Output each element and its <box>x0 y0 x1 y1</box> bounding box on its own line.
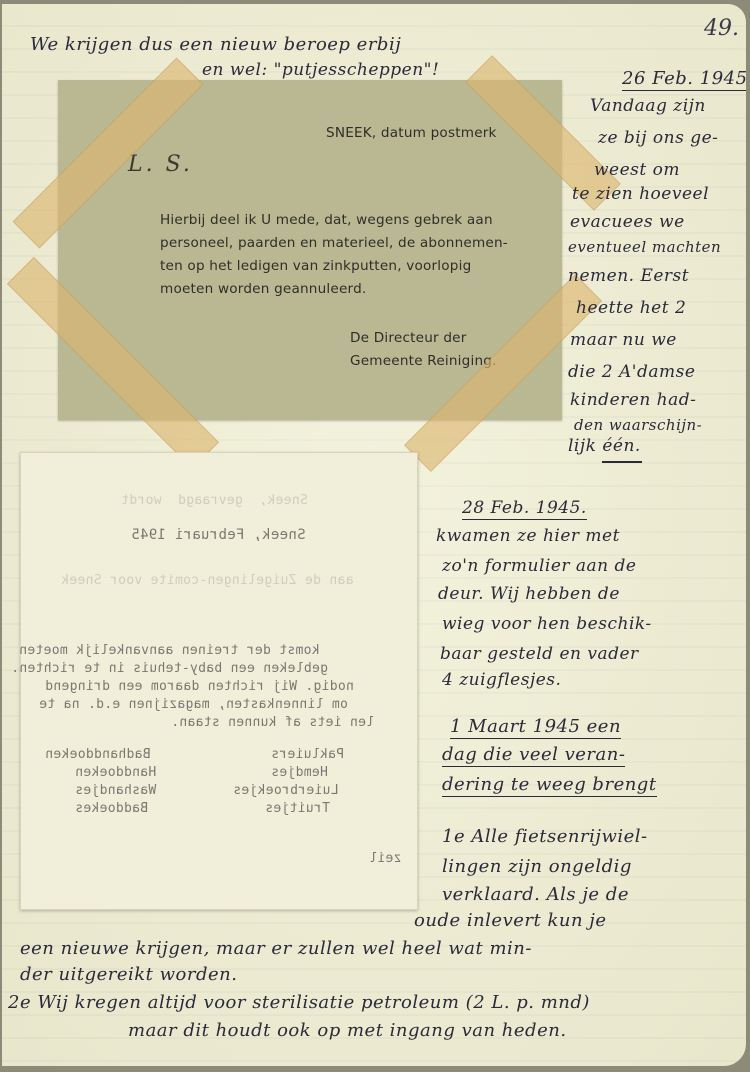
mirrored-footer: zeil <box>369 851 402 866</box>
entry-feb26-line: te zien hoeveel <box>572 184 709 204</box>
mirrored-item-right: Luierbroekjes <box>233 783 339 798</box>
mirrored-item-left: Washandjes <box>75 783 156 798</box>
entry-mar1-point1-line: lingen zijn ongeldig <box>442 856 632 877</box>
notice-place-date: SNEEK, datum postmerk <box>326 125 497 141</box>
mirrored-ghost-line: Sneek, gevraagd wordt <box>121 493 308 508</box>
entry-mar1-continuation-line: een nieuwe krijgen, maar er zullen wel h… <box>20 938 532 959</box>
notice-salutation: L. S. <box>128 152 193 177</box>
entry-mar1-point1-line: verklaard. Als je de <box>442 884 629 905</box>
entry-feb26-line: den waarschijn- <box>574 416 702 434</box>
notice-body-line: Hierbij deel ik U mede, dat, wegens gebr… <box>160 212 493 228</box>
entry-mar1-heading-line: dag die veel veran- <box>442 744 625 767</box>
mirrored-item-right: Pakluiers <box>271 747 344 762</box>
mirrored-item-right: Truitjes <box>265 801 330 816</box>
notice-signature-line: De Directeur der <box>350 330 467 346</box>
entry-feb26-date-text: 26 Feb. 1945. <box>622 68 746 91</box>
entry-mar1-point1-line: 1e Alle fietsenrijwiel- <box>442 826 648 847</box>
entry-feb28-line: deur. Wij hebben de <box>438 584 620 604</box>
entry-feb28-date: 28 Feb. 1945. <box>462 498 587 518</box>
entry-feb26-date: 26 Feb. 1945. <box>622 68 746 89</box>
notice-body-line: moeten worden geannuleerd. <box>160 281 366 297</box>
entry-feb26-line: weest om <box>594 160 680 180</box>
entry-feb26-line: Vandaag zijn <box>590 96 706 116</box>
page-number: 49. <box>704 16 739 41</box>
entry-feb26-line: ze bij ons ge- <box>598 128 718 148</box>
header-note-line-2: en wel: "putjesscheppen"! <box>202 60 439 80</box>
notice-body-line: ten op het ledigen van zinkputten, voorl… <box>160 258 471 274</box>
entry-mar1-heading: 1 Maart 1945 een <box>450 716 621 737</box>
entry-feb26-line: nemen. Eerst <box>568 266 689 286</box>
entry-mar1-heading-line: 1 Maart 1945 een <box>450 716 621 739</box>
entry-feb26-line: heette het 2 <box>576 298 686 318</box>
mirrored-date-line: Sneek, Februari 1945 <box>131 527 306 543</box>
mirrored-body-line: gebleken een baby-tehuis in te richten. <box>11 661 328 676</box>
entry-feb28-line: wieg voor hen beschik- <box>442 614 652 634</box>
mirrored-body-line: len iets af kunnen staan. <box>171 715 374 730</box>
mirrored-item-left: Badhanddoeken <box>45 747 151 762</box>
mirrored-item-right: Hemdjes <box>271 765 328 780</box>
entry-mar1-point2-line: 2e Wij kregen altijd voor sterilisatie p… <box>8 992 590 1013</box>
mirrored-body-line: nodig. Wij richten daarom een dringend <box>45 679 354 694</box>
entry-mar1-point1-line: oude inlevert kun je <box>414 910 607 931</box>
notice-signature-line: Gemeente Reiniging. <box>350 353 497 369</box>
entry-mar1-point2-line: maar dit houdt ook op met ingang van hed… <box>128 1020 567 1041</box>
entry-feb28-line: kwamen ze hier met <box>436 526 620 546</box>
mirrored-item-left: Baddoekes <box>75 801 148 816</box>
entry-mar1-heading: dering te weeg brengt <box>442 774 657 795</box>
notice-body-line: personeel, paarden en materieel, de abon… <box>160 235 508 251</box>
mirrored-item-left: Handdoeken <box>75 765 156 780</box>
entry-feb26-line: kinderen had- <box>570 390 696 410</box>
entry-feb28-line: zo'n formulier aan de <box>442 556 636 576</box>
entry-mar1-continuation-line: der uitgereikt worden. <box>20 964 237 985</box>
mirrored-body-line: komst der treinen aanvankelijk moeten <box>19 643 320 658</box>
album-page: 49. We krijgen dus een nieuw beroep erbi… <box>2 4 746 1066</box>
mirrored-letter-card: Sneek, gevraagd wordt Sneek, Februari 19… <box>20 452 418 910</box>
entry-feb28-line: 4 zuigflesjes. <box>442 670 561 690</box>
entry-separator <box>602 461 642 463</box>
entry-mar1-heading-line: dering te weeg brengt <box>442 774 657 797</box>
entry-feb26-line: die 2 A'damse <box>568 362 695 382</box>
entry-feb28-line: baar gesteld en vader <box>440 644 639 664</box>
entry-feb26-line: lijk één. <box>568 436 641 456</box>
mirrored-ghost-line: aan de Zuigelingen-comite voor Sneek <box>61 573 354 588</box>
entry-feb26-line: maar nu we <box>570 330 677 350</box>
mirrored-body-line: om linnenkasten, magazijnen e.d. na te <box>39 697 348 712</box>
entry-feb28-date-text: 28 Feb. 1945. <box>462 498 587 520</box>
entry-mar1-heading: dag die veel veran- <box>442 744 625 765</box>
entry-feb26-line: eventueel machten <box>568 238 721 256</box>
header-note-line-1: We krijgen dus een nieuw beroep erbij <box>30 34 401 55</box>
entry-feb26-line: evacuees we <box>570 212 685 232</box>
